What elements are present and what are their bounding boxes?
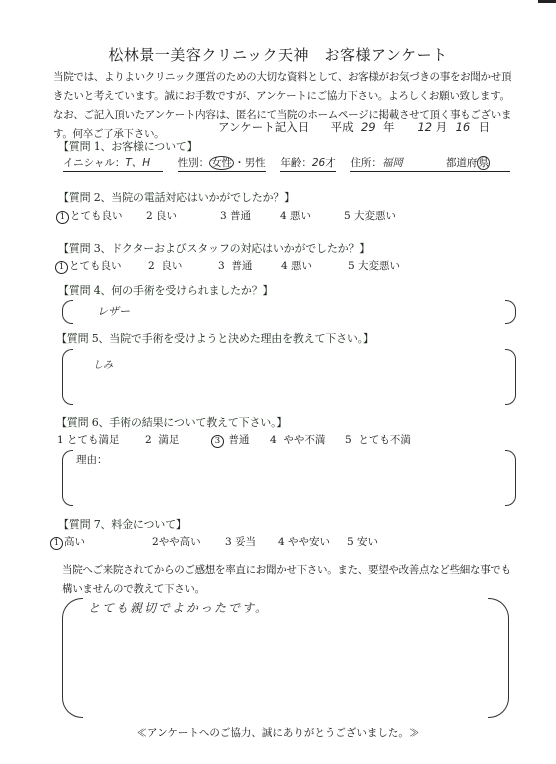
option-label: 満足 [158, 434, 179, 446]
q1-fields: イニシャル：T、H 性別：女性・男性 年齢：26才 住所：福岡都道府県 [63, 155, 510, 172]
q5-bracket-right [505, 349, 516, 405]
option-number: 2 [145, 434, 152, 446]
option-label: 良い [156, 210, 177, 222]
option-number: 4 [281, 260, 288, 272]
q4-heading: 【質問 4、何の手術を受けられましたか？】 [58, 282, 273, 298]
address-label: 住所： [350, 157, 382, 169]
option-label: 大変悪い [354, 210, 396, 222]
q4-bracket-left [62, 300, 73, 324]
option-label: 悪い [290, 210, 311, 222]
q6-bracket-right [505, 450, 516, 506]
option-number: 3 [218, 260, 225, 272]
q2-option-5[interactable]: 5 大変悪い [344, 208, 396, 223]
address-field[interactable]: 住所：福岡都道府県 [350, 155, 510, 172]
gender-label: 性別： [178, 157, 210, 169]
q2-option-1[interactable]: 1とても良い [56, 208, 123, 224]
address-value: 福岡 [382, 155, 446, 170]
option-number: 2 [152, 536, 159, 548]
initial-value: T、H [125, 157, 150, 169]
date-year-unit: 年 [383, 119, 395, 135]
survey-title: 松林景一美容クリニック天神 お客様アンケート [0, 44, 556, 65]
comments-bracket-left [62, 598, 83, 718]
option-label: 普通 [231, 260, 252, 272]
option-label: とても満足 [67, 434, 120, 446]
option-label: やや不満 [283, 434, 325, 446]
q3-option-1[interactable]: 1とても良い [55, 258, 122, 274]
option-label: やや高い [159, 536, 201, 548]
option-number: 4 [280, 210, 287, 222]
initial-field[interactable]: イニシャル：T、H [63, 155, 163, 172]
survey-footer: ≪アンケートへのご協力、誠にありがとうございました。≫ [0, 725, 556, 740]
survey-date: アンケート記入日 平成 29 年 12 月 16 日 [218, 119, 490, 135]
age-unit: 才 [325, 157, 336, 169]
address-prefecture-selected[interactable]: 県 [477, 156, 490, 170]
option-label: 普通 [228, 434, 249, 446]
comments-prompt: 当院へご来院されてからのご感想を率直にお聞かせ下さい。また、要望や改善点など些細… [62, 561, 518, 599]
scan-edge-mark [538, 0, 556, 3]
q6-bracket-left [62, 450, 73, 506]
q7-option-2[interactable]: 2やや高い [152, 534, 201, 549]
option-label: 安い [357, 536, 378, 548]
date-day-field[interactable]: 16 [451, 120, 475, 134]
option-number: 5 [347, 536, 354, 548]
date-month-field[interactable]: 12 [398, 120, 432, 134]
q6-option-3[interactable]: 3 普通 [211, 432, 249, 448]
date-label: アンケート記入日 [218, 119, 309, 135]
option-number: 5 [348, 260, 355, 272]
q3-heading: 【質問 3、ドクターおよびスタッフの対応はいかがでしたか？】 [58, 240, 370, 256]
option-number: 2 [146, 210, 153, 222]
age-field[interactable]: 年齢：26才 [280, 155, 335, 172]
q6-option-1[interactable]: 1 とても満足 [57, 432, 120, 447]
gender-field[interactable]: 性別：女性・男性 [178, 155, 266, 172]
q7-option-1[interactable]: 1高い [50, 534, 85, 550]
q1-heading: 【質問 1、お客様について】 [58, 138, 197, 154]
selected-circle-icon: 1 [56, 211, 69, 224]
gender-separator: ・ [234, 157, 245, 169]
option-label: 妥当 [235, 536, 256, 548]
option-number: 4 [278, 536, 285, 548]
option-number: 1 [57, 434, 64, 446]
option-label: 良い [161, 260, 182, 272]
q5-heading: 【質問 5、当院で手術を受けようと決めた理由を教えて下さい。】 [56, 330, 374, 346]
date-day-unit: 日 [479, 119, 491, 135]
q6-option-5[interactable]: 5 とても不満 [345, 432, 411, 447]
age-value: 26 [312, 157, 325, 169]
q3-option-4[interactable]: 4 悪い [281, 258, 312, 273]
q2-option-4[interactable]: 4 悪い [280, 208, 311, 223]
initial-label: イニシャル： [63, 157, 125, 169]
q6-heading: 【質問 6、手術の結果について教えて下さい。】 [56, 414, 287, 430]
q7-option-5[interactable]: 5 安い [347, 534, 378, 549]
selected-circle-icon: 1 [55, 261, 68, 274]
comments-answer-field[interactable]: とても親切でよかったです。 [88, 599, 269, 616]
q7-option-4[interactable]: 4 やや安い [278, 534, 330, 549]
option-label: とても不満 [358, 434, 411, 446]
selected-circle-icon: 1 [50, 537, 63, 550]
option-number: 2 [148, 260, 155, 272]
option-label: とても良い [70, 210, 123, 222]
address-suffix: 都道府 [446, 157, 478, 169]
option-number: 5 [345, 434, 352, 446]
q6-option-2[interactable]: 2 満足 [145, 432, 179, 447]
gender-male-option[interactable]: 男性 [245, 157, 266, 169]
option-number: 3 [220, 210, 227, 222]
q5-bracket-left [62, 349, 73, 405]
option-label: 悪い [291, 260, 312, 272]
option-number: 5 [344, 210, 351, 222]
q2-option-3[interactable]: 3 普通 [220, 208, 251, 223]
q7-option-3[interactable]: 3 妥当 [225, 534, 256, 549]
q5-answer-field[interactable]: しみ [93, 356, 113, 371]
option-label: とても良い [69, 260, 122, 272]
date-year-field[interactable]: 29 [357, 120, 379, 134]
option-label: 高い [64, 536, 85, 548]
q6-option-4[interactable]: 4 やや不満 [270, 432, 325, 447]
gender-female-option[interactable]: 女性 [209, 156, 234, 170]
q7-heading: 【質問 7、料金について】 [58, 516, 187, 532]
option-label: 大変悪い [358, 260, 400, 272]
selected-circle-icon: 3 [211, 435, 224, 448]
date-month-unit: 月 [436, 119, 448, 135]
comments-bracket-right [488, 598, 509, 718]
q4-answer-field[interactable]: レザー [97, 303, 130, 319]
option-label: やや安い [288, 536, 330, 548]
q3-option-5[interactable]: 5 大変悪い [348, 258, 400, 273]
q2-heading: 【質問 2、当院の電話対応はいかがでしたか？】 [58, 189, 295, 205]
option-number: 3 [225, 536, 232, 548]
q6-reason-label: 理由： [76, 452, 108, 467]
option-label: 普通 [230, 210, 251, 222]
age-label: 年齢： [280, 157, 312, 169]
date-era: 平成 [331, 119, 354, 135]
q6-reason-field[interactable] [110, 452, 490, 498]
q2-option-2[interactable]: 2 良い [146, 208, 177, 223]
option-number: 4 [270, 434, 277, 446]
q4-bracket-right [505, 300, 516, 324]
q3-option-3[interactable]: 3 普通 [218, 258, 252, 273]
q3-option-2[interactable]: 2 良い [148, 258, 182, 273]
